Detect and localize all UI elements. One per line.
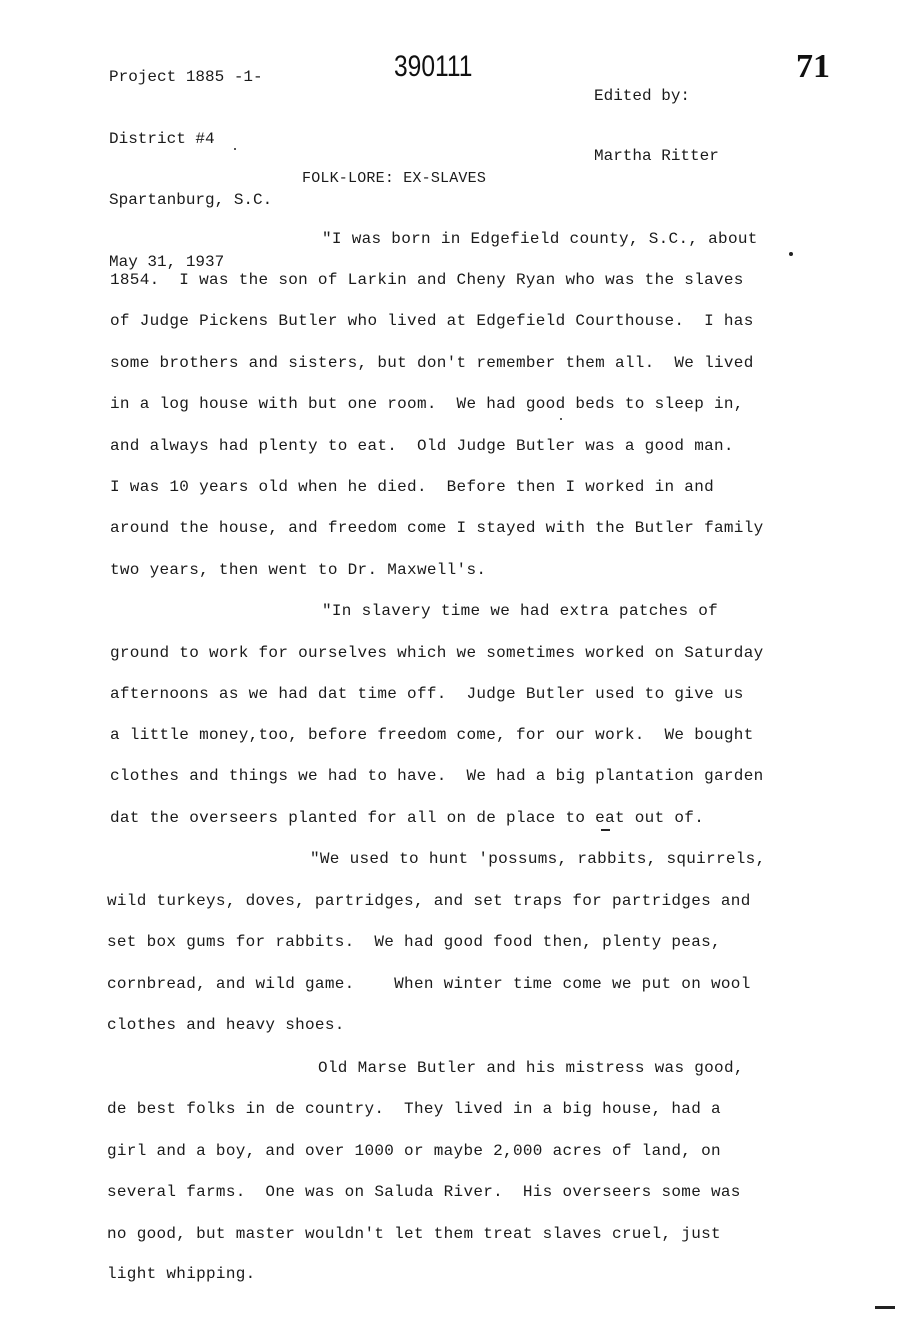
body-line: ground to work for ourselves which we so… xyxy=(110,644,764,662)
body-line: "In slavery time we had extra patches of xyxy=(322,602,718,620)
body-line: two years, then went to Dr. Maxwell's. xyxy=(110,561,486,579)
body-line: I was 10 years old when he died. Before … xyxy=(110,478,714,496)
stray-mark xyxy=(789,252,793,256)
stray-speck xyxy=(560,418,562,420)
project-header: Project 1885 -1- District #4 Spartanburg… xyxy=(109,26,272,313)
body-line: dat the overseers planted for all on de … xyxy=(110,809,704,827)
body-line: cornbread, and wild game. When winter ti… xyxy=(107,975,751,993)
body-line: set box gums for rabbits. We had good fo… xyxy=(107,933,721,951)
body-line: clothes and things we had to have. We ha… xyxy=(110,767,764,785)
document-page: Project 1885 -1- District #4 Spartanburg… xyxy=(0,0,900,1318)
edge-mark xyxy=(875,1306,895,1309)
body-line: in a log house with but one room. We had… xyxy=(110,395,744,413)
location-line: Spartanburg, S.C. xyxy=(109,190,272,211)
body-line: afternoons as we had dat time off. Judge… xyxy=(110,685,744,703)
stray-speck xyxy=(234,148,236,150)
document-title: FOLK-LORE: EX-SLAVES xyxy=(302,170,486,187)
body-line: girl and a boy, and over 1000 or maybe 2… xyxy=(107,1142,721,1160)
body-line: a little money,too, before freedom come,… xyxy=(110,726,754,744)
body-line: de best folks in de country. They lived … xyxy=(107,1100,721,1118)
body-line: around the house, and freedom come I sta… xyxy=(110,519,764,537)
body-line: some brothers and sisters, but don't rem… xyxy=(110,354,754,372)
body-line: "I was born in Edgefield county, S.C., a… xyxy=(322,230,758,248)
body-line: several farms. One was on Saluda River. … xyxy=(107,1183,741,1201)
editor-block: Edited by: Martha Ritter xyxy=(594,46,719,206)
body-line: no good, but master wouldn't let them tr… xyxy=(107,1225,721,1243)
body-line: of Judge Pickens Butler who lived at Edg… xyxy=(110,312,754,330)
edited-by-label: Edited by: xyxy=(594,86,719,106)
page-number: 71 xyxy=(796,48,830,86)
body-line: Old Marse Butler and his mistress was go… xyxy=(318,1059,744,1077)
body-line: light whipping. xyxy=(107,1265,256,1283)
body-line: "We used to hunt 'possums, rabbits, squi… xyxy=(310,850,765,868)
body-line: clothes and heavy shoes. xyxy=(107,1016,345,1034)
body-line: 1854. I was the son of Larkin and Cheny … xyxy=(110,271,744,289)
underline-mark xyxy=(601,829,610,831)
body-line: and always had plenty to eat. Old Judge … xyxy=(110,437,734,455)
body-line: wild turkeys, doves, partridges, and set… xyxy=(107,892,751,910)
project-line: Project 1885 -1- xyxy=(109,67,272,88)
editor-name: Martha Ritter xyxy=(594,146,719,166)
district-line: District #4 xyxy=(109,129,272,150)
stamp-number: 390111 xyxy=(394,50,472,84)
date-line: May 31, 1937 xyxy=(109,252,272,273)
